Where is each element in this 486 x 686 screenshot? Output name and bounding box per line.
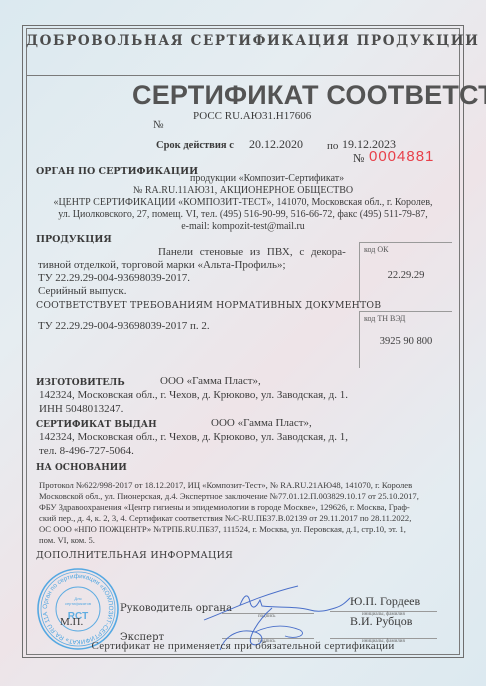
product-line-1: Панели стеновые из ПВХ, с декора-	[158, 246, 346, 258]
basis-label: НА ОСНОВАНИИ	[36, 463, 127, 473]
stamp-place-label: М.П.	[60, 616, 83, 628]
basis-line-1: Протокол №622/998-2017 от 18.12.2017, ИЦ…	[39, 480, 412, 490]
certificate-title: СЕРТИФИКАТ СООТВЕТСТВИЯ	[132, 80, 486, 111]
valid-to-label: по	[327, 140, 338, 152]
basis-line-4: ский пер., д. 4, к. 2, 3, 4. Сертификат …	[39, 513, 411, 523]
svg-text:сертификатов: сертификатов	[65, 601, 91, 606]
issued-to-label: СЕРТИФИКАТ ВЫДАН	[36, 420, 157, 430]
manufacturer-name: ООО «Гамма Пласт»,	[160, 375, 261, 387]
serial-number-sign: №	[353, 151, 364, 166]
valid-from-date: 20.12.2020	[249, 137, 303, 152]
certification-body-label: ОРГАН ПО СЕРТИФИКАЦИИ	[36, 166, 198, 177]
certification-body-line-4: ул. Циолковского, 27, помещ. VI, тел. (4…	[26, 209, 460, 220]
conformity-document: ТУ 22.29.29-004-93698039-2017 п. 2.	[38, 320, 210, 332]
issued-to-address: 142324, Московская обл., г. Чехов, д. Кр…	[39, 431, 348, 443]
basis-line-6: пом. VI, ком. 5.	[39, 535, 95, 545]
code-tnved-value: 3925 90 800	[360, 336, 452, 347]
code-ok-box: код ОК 22.29.29	[359, 242, 452, 302]
head-name: Ю.П. Гордеев	[350, 594, 420, 609]
validity-label: Срок действия с	[156, 140, 234, 151]
certification-body-email: e-mail: kompozit-test@mail.ru	[26, 221, 460, 232]
product-label: ПРОДУКЦИЯ	[36, 234, 112, 245]
certification-body-line-3: «ЦЕНТР СЕРТИФИКАЦИИ «КОМПОЗИТ-ТЕСТ», 141…	[26, 197, 460, 208]
basis-line-3: ФБУ Здравоохранения «Центр гигиены и эпи…	[39, 502, 410, 512]
voluntary-certification-heading: ДОБРОВОЛЬНАЯ СЕРТИФИКАЦИЯ ПРОДУКЦИИ	[26, 33, 460, 49]
manufacturer-inn: ИНН 5048013247.	[39, 403, 123, 415]
product-line-2: тивной отделкой, торговой марки «Альта-П…	[38, 259, 286, 271]
issued-to-name: ООО «Гамма Пласт»,	[211, 417, 312, 429]
header-divider	[26, 75, 460, 76]
registration-number: РОСС RU.АЮ31.Н17606	[193, 110, 311, 122]
manufacturer-address: 142324, Московская обл., г. Чехов, д. Кр…	[39, 389, 348, 401]
code-ok-value: 22.29.29	[360, 270, 452, 281]
non-mandatory-notice: Сертификат не применяется при обязательн…	[26, 640, 460, 652]
issued-to-phone: тел. 8-496-727-5064.	[39, 445, 134, 457]
certification-stamp: Орган по сертификации «КОМПОЗИТ-СЕРТИФИК…	[36, 567, 120, 651]
serial-number: 0004881	[369, 148, 434, 165]
certification-body-line-2: № RA.RU.11АЮ31, АКЦИОНЕРНОЕ ОБЩЕСТВО	[26, 185, 460, 196]
product-line-4: Серийный выпуск.	[38, 285, 127, 297]
basis-line-5: ОС ООО «НПО ПОЖЦЕНТР» №ТРПБ.RU.ПБ37, 111…	[39, 524, 406, 534]
manufacturer-label: ИЗГОТОВИТЕЛЬ	[36, 378, 125, 388]
certification-body-line-1: продукции «Композит-Сертификат»	[190, 173, 344, 184]
product-line-3: ТУ 22.29.29-004-93698039-2017.	[38, 272, 190, 284]
code-tnved-label: код ТН ВЭД	[364, 314, 405, 323]
basis-line-2: Московской обл., ул. Пионерская, д.4. Эк…	[39, 491, 419, 501]
additional-info-label: ДОПОЛНИТЕЛЬНАЯ ИНФОРМАЦИЯ	[36, 550, 233, 561]
number-sign: №	[153, 119, 164, 131]
code-tnved-box: код ТН ВЭД 3925 90 800	[359, 311, 452, 368]
svg-text:Орган по сертификации «КОМПОЗИ: Орган по сертификации «КОМПОЗИТ-СЕРТИФИК…	[36, 567, 114, 645]
code-ok-label: код ОК	[364, 245, 388, 254]
conformity-label: СООТВЕТСТВУЕТ ТРЕБОВАНИЯМ НОРМАТИВНЫХ ДО…	[36, 300, 381, 311]
stamp-seal-icon: Орган по сертификации «КОМПОЗИТ-СЕРТИФИК…	[36, 567, 120, 651]
